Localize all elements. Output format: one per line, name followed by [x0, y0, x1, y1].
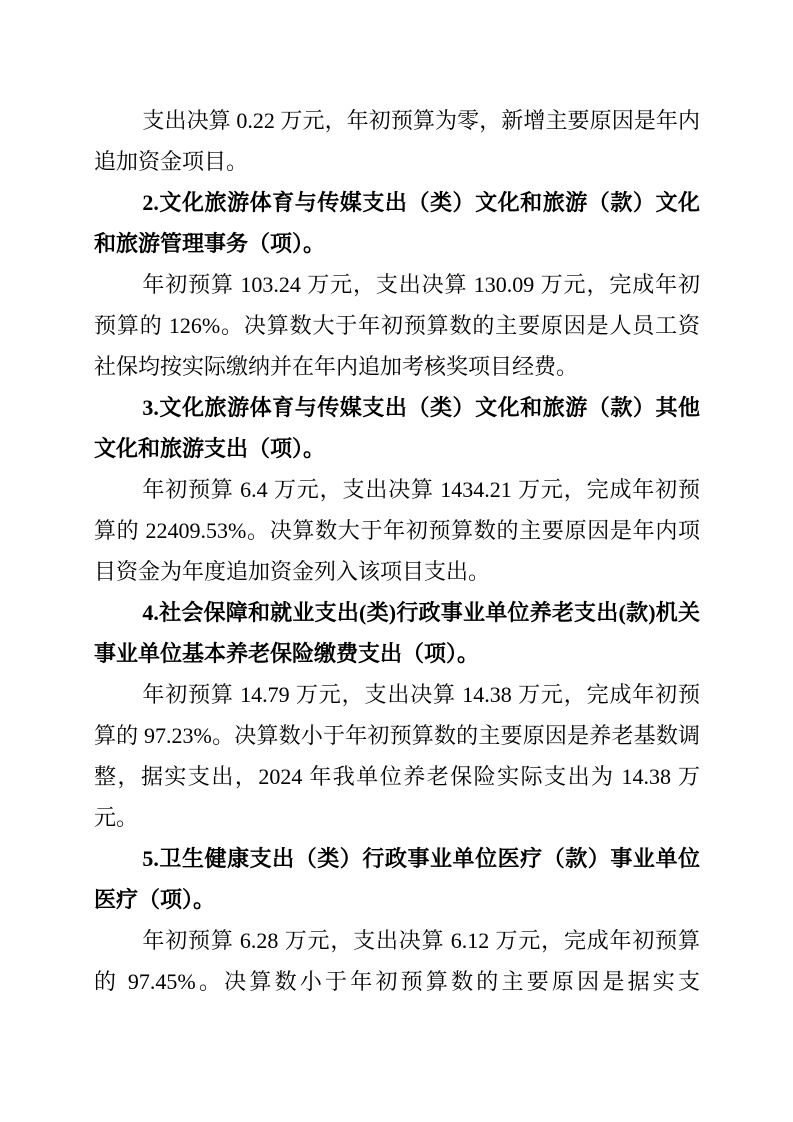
document-content: 支出决算 0.22 万元，年初预算为零，新增主要原因是年内追加资金项目。2.文化… [94, 100, 700, 1002]
document-page: 支出决算 0.22 万元，年初预算为零，新增主要原因是年内追加资金项目。2.文化… [0, 0, 793, 1122]
body-paragraph: 年初预算 6.4 万元，支出决算 1434.21 万元，完成年初预算的 2240… [94, 469, 700, 592]
section-heading: 5.卫生健康支出（类）行政事业单位医疗（款）事业单位医疗（项）。 [94, 838, 700, 920]
body-paragraph: 年初预算 103.24 万元，支出决算 130.09 万元，完成年初预算的 12… [94, 264, 700, 387]
body-paragraph: 支出决算 0.22 万元，年初预算为零，新增主要原因是年内追加资金项目。 [94, 100, 700, 182]
section-heading: 4.社会保障和就业支出(类)行政事业单位养老支出(款)机关事业单位基本养老保险缴… [94, 592, 700, 674]
body-paragraph: 年初预算 6.28 万元，支出决算 6.12 万元，完成年初预算的 97.45%… [94, 920, 700, 1002]
section-heading: 2.文化旅游体育与传媒支出（类）文化和旅游（款）文化和旅游管理事务（项）。 [94, 182, 700, 264]
section-heading: 3.文化旅游体育与传媒支出（类）文化和旅游（款）其他文化和旅游支出（项）。 [94, 387, 700, 469]
body-paragraph: 年初预算 14.79 万元，支出决算 14.38 万元，完成年初预算的 97.2… [94, 674, 700, 838]
